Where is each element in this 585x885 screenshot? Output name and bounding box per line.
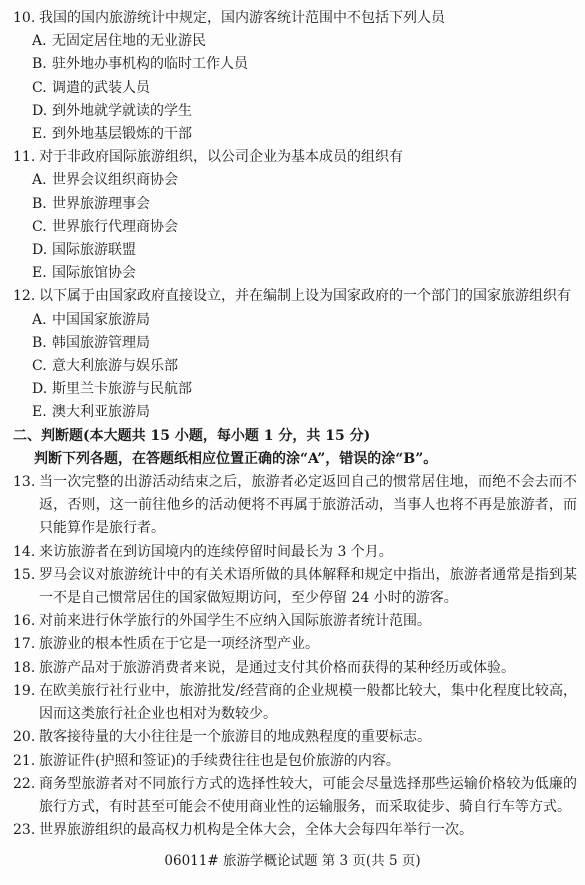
option-label: D. [32, 378, 52, 401]
question-stem: 以下属于由国家政府直接设立，并在编制上设为国家政府的一个部门的国家旅游组织有 [39, 285, 577, 308]
question-text: 当一次完整的出游活动结束之后，旅游者必定返回自己的惯常居住地，而绝不会去而不返，… [39, 471, 577, 541]
option-text: 到外地就学就读的学生 [52, 100, 577, 123]
question-19: 19. 在欧美旅行社行业中，旅游批发/经营商的企业规模一般都比较大，集中化程度比… [13, 680, 577, 726]
option-text: 韩国旅游管理局 [52, 332, 577, 355]
question-number: 18. [13, 657, 39, 680]
option-label: E. [32, 262, 52, 285]
option-b: B. 世界旅游理事会 [32, 193, 577, 216]
question-text: 商务型旅游者对不同旅行方式的选择性较大，可能会尽量选择那些运输价格较为低廉的旅行… [39, 773, 577, 819]
option-text: 无固定居住地的无业游民 [52, 30, 577, 53]
option-label: E. [32, 123, 52, 146]
option-e: E. 澳大利亚旅游局 [32, 401, 577, 424]
question-number: 21. [13, 750, 39, 773]
question-text: 对前来进行休学旅行的外国学生不应纳入国际旅游者统计范围。 [39, 610, 577, 633]
section-instruction: 判断下列各题，在答题纸相应位置正确的涂“A”，错误的涂“B”。 [34, 448, 577, 471]
question-number: 15. [13, 564, 39, 610]
option-c: C. 世界旅行代理商协会 [32, 216, 577, 239]
question-10: 10. 我国的国内旅游统计中规定，国内游客统计范围中不包括下列人员 A. 无固定… [13, 7, 577, 146]
question-23: 23. 世界旅游组织的最高权力机构是全体大会，全体大会每四年举行一次。 [13, 819, 577, 842]
option-label: D. [32, 100, 52, 123]
option-label: E. [32, 401, 52, 424]
option-c: C. 意大利旅游与娱乐部 [32, 355, 577, 378]
option-a: A. 中国国家旅游局 [32, 309, 577, 332]
question-number: 16. [13, 610, 39, 633]
option-b: B. 韩国旅游管理局 [32, 332, 577, 355]
question-number: 17. [13, 633, 39, 656]
option-label: A. [32, 169, 52, 192]
question-number: 11. [13, 146, 39, 169]
question-12: 12. 以下属于由国家政府直接设立，并在编制上设为国家政府的一个部门的国家旅游组… [13, 285, 577, 424]
option-c: C. 调遣的武装人员 [32, 77, 577, 100]
option-text: 澳大利亚旅游局 [52, 401, 577, 424]
option-label: A. [32, 309, 52, 332]
option-b: B. 驻外地办事机构的临时工作人员 [32, 53, 577, 76]
option-text: 世界旅游理事会 [52, 193, 577, 216]
option-a: A. 无固定居住地的无业游民 [32, 30, 577, 53]
option-label: C. [32, 77, 52, 100]
option-text: 斯里兰卡旅游与民航部 [52, 378, 577, 401]
question-stem: 对于非政府国际旅游组织，以公司企业为基本成员的组织有 [39, 146, 577, 169]
option-text: 意大利旅游与娱乐部 [52, 355, 577, 378]
question-number: 12. [13, 285, 39, 308]
section-title: 二、判断题(本大题共 15 小题，每小题 1 分，共 15 分) [13, 425, 577, 448]
question-number: 23. [13, 819, 39, 842]
option-d: D. 到外地就学就读的学生 [32, 100, 577, 123]
exam-page: 10. 我国的国内旅游统计中规定，国内游客统计范围中不包括下列人员 A. 无固定… [0, 0, 585, 885]
page-footer: 06011# 旅游学概论试题 第 3 页(共 5 页) [0, 850, 585, 873]
question-15: 15. 罗马会议对旅游统计中的有关术语所做的具体解释和规定中指出，旅游者通常是指… [13, 564, 577, 610]
option-label: C. [32, 355, 52, 378]
question-text: 世界旅游组织的最高权力机构是全体大会，全体大会每四年举行一次。 [39, 819, 577, 842]
option-d: D. 斯里兰卡旅游与民航部 [32, 378, 577, 401]
question-number: 10. [13, 7, 39, 30]
question-11: 11. 对于非政府国际旅游组织，以公司企业为基本成员的组织有 A. 世界会议组织… [13, 146, 577, 285]
section-title-text: 二、判断题(本大题共 15 小题，每小题 1 分，共 15 分) [13, 425, 370, 448]
option-text: 到外地基层锻炼的干部 [52, 123, 577, 146]
question-16: 16. 对前来进行休学旅行的外国学生不应纳入国际旅游者统计范围。 [13, 610, 577, 633]
question-text: 在欧美旅行社行业中，旅游批发/经营商的企业规模一般都比较大，集中化程度比较高，因… [39, 680, 577, 726]
question-22: 22. 商务型旅游者对不同旅行方式的选择性较大，可能会尽量选择那些运输价格较为低… [13, 773, 577, 819]
option-text: 驻外地办事机构的临时工作人员 [52, 53, 577, 76]
question-14: 14. 来访旅游者在到访国境内的连续停留时间最长为 3 个月。 [13, 541, 577, 564]
question-text: 来访旅游者在到访国境内的连续停留时间最长为 3 个月。 [39, 541, 577, 564]
question-text: 散客接待量的大小往往是一个旅游目的地成熟程度的重要标志。 [39, 726, 577, 749]
question-number: 13. [13, 471, 39, 541]
option-e: E. 国际旅馆协会 [32, 262, 577, 285]
option-d: D. 国际旅游联盟 [32, 239, 577, 262]
question-17: 17. 旅游业的根本性质在于它是一项经济型产业。 [13, 633, 577, 656]
option-text: 世界会议组织商协会 [52, 169, 577, 192]
question-13: 13. 当一次完整的出游活动结束之后，旅游者必定返回自己的惯常居住地，而绝不会去… [13, 471, 577, 541]
option-text: 国际旅馆协会 [52, 262, 577, 285]
option-text: 世界旅行代理商协会 [52, 216, 577, 239]
question-21: 21. 旅游证件(护照和签证)的手续费往往也是包价旅游的内容。 [13, 750, 577, 773]
option-label: B. [32, 332, 52, 355]
question-number: 22. [13, 773, 39, 819]
option-text: 调遣的武装人员 [52, 77, 577, 100]
question-number: 14. [13, 541, 39, 564]
option-text: 中国国家旅游局 [52, 309, 577, 332]
option-label: A. [32, 30, 52, 53]
question-text: 罗马会议对旅游统计中的有关术语所做的具体解释和规定中指出，旅游者通常是指到某一不… [39, 564, 577, 610]
question-number: 20. [13, 726, 39, 749]
question-20: 20. 散客接待量的大小往往是一个旅游目的地成熟程度的重要标志。 [13, 726, 577, 749]
option-label: C. [32, 216, 52, 239]
question-text: 旅游产品对于旅游消费者来说，是通过支付其价格而获得的某种经历或体验。 [39, 657, 577, 680]
question-stem: 我国的国内旅游统计中规定，国内游客统计范围中不包括下列人员 [39, 7, 577, 30]
question-text: 旅游证件(护照和签证)的手续费往往也是包价旅游的内容。 [39, 750, 577, 773]
option-label: B. [32, 53, 52, 76]
question-18: 18. 旅游产品对于旅游消费者来说，是通过支付其价格而获得的某种经历或体验。 [13, 657, 577, 680]
option-e: E. 到外地基层锻炼的干部 [32, 123, 577, 146]
option-label: B. [32, 193, 52, 216]
question-text: 旅游业的根本性质在于它是一项经济型产业。 [39, 633, 577, 656]
question-number: 19. [13, 680, 39, 726]
option-text: 国际旅游联盟 [52, 239, 577, 262]
option-label: D. [32, 239, 52, 262]
option-a: A. 世界会议组织商协会 [32, 169, 577, 192]
